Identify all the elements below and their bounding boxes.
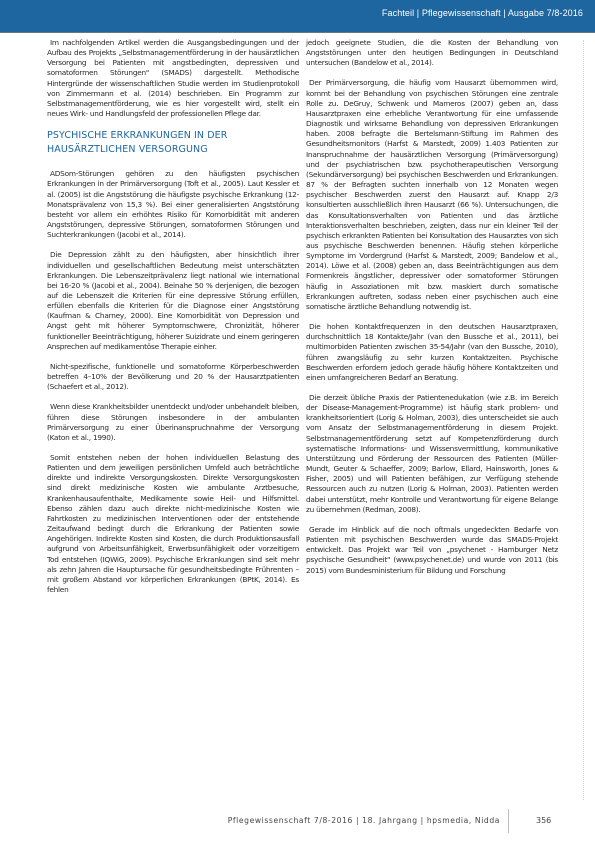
body-paragraph: Wenn diese Krankheitsbilder unentdeckt u… — [47, 402, 299, 443]
body-paragraph: ADSom-Störungen gehören zu den häufigste… — [47, 169, 299, 240]
body-paragraph: Nicht-spezifische, funktionelle und soma… — [47, 362, 299, 392]
page-footer: Pflegewissenschaft 7/8-2016 | 18. Jahrga… — [0, 815, 595, 835]
body-paragraph: Gerade im Hinblick auf die noch oftmals … — [306, 525, 558, 576]
page-number: 356 — [536, 816, 551, 825]
section-heading-line-2: hausärztlichen Versorgung — [47, 143, 299, 157]
body-paragraph: Die Depression zählt zu den häufigsten, … — [47, 250, 299, 352]
intro-paragraph: Im nachfolgenden Artikel werden die Ausg… — [47, 38, 299, 119]
footer-citation: Pflegewissenschaft 7/8-2016 | 18. Jahrga… — [228, 816, 500, 825]
body-paragraph: Die derzeit übliche Praxis der Patienten… — [306, 393, 558, 515]
section-heading: Psychische Erkrankungen in der hausärztl… — [47, 129, 299, 157]
footer-divider — [508, 809, 509, 833]
body-paragraph: Die hohen Kontaktfrequenzen in den deuts… — [306, 322, 558, 383]
margin-guide-line — [583, 40, 587, 800]
right-column: jedoch geeignete Studien, die die Kosten… — [306, 38, 558, 586]
body-paragraph: Der Primärversorgung, die häufig vom Hau… — [306, 78, 558, 312]
left-column: Im nachfolgenden Artikel werden die Ausg… — [47, 38, 299, 605]
running-header-title: Fachteil | Pflegewissenschaft | Ausgabe … — [382, 8, 583, 18]
section-heading-line-1: Psychische Erkrankungen in der — [47, 129, 299, 143]
body-paragraph: Somit entstehen neben der hohen individu… — [47, 453, 299, 595]
body-paragraph: jedoch geeignete Studien, die die Kosten… — [306, 38, 558, 68]
running-header-band: Fachteil | Pflegewissenschaft | Ausgabe … — [0, 0, 595, 33]
